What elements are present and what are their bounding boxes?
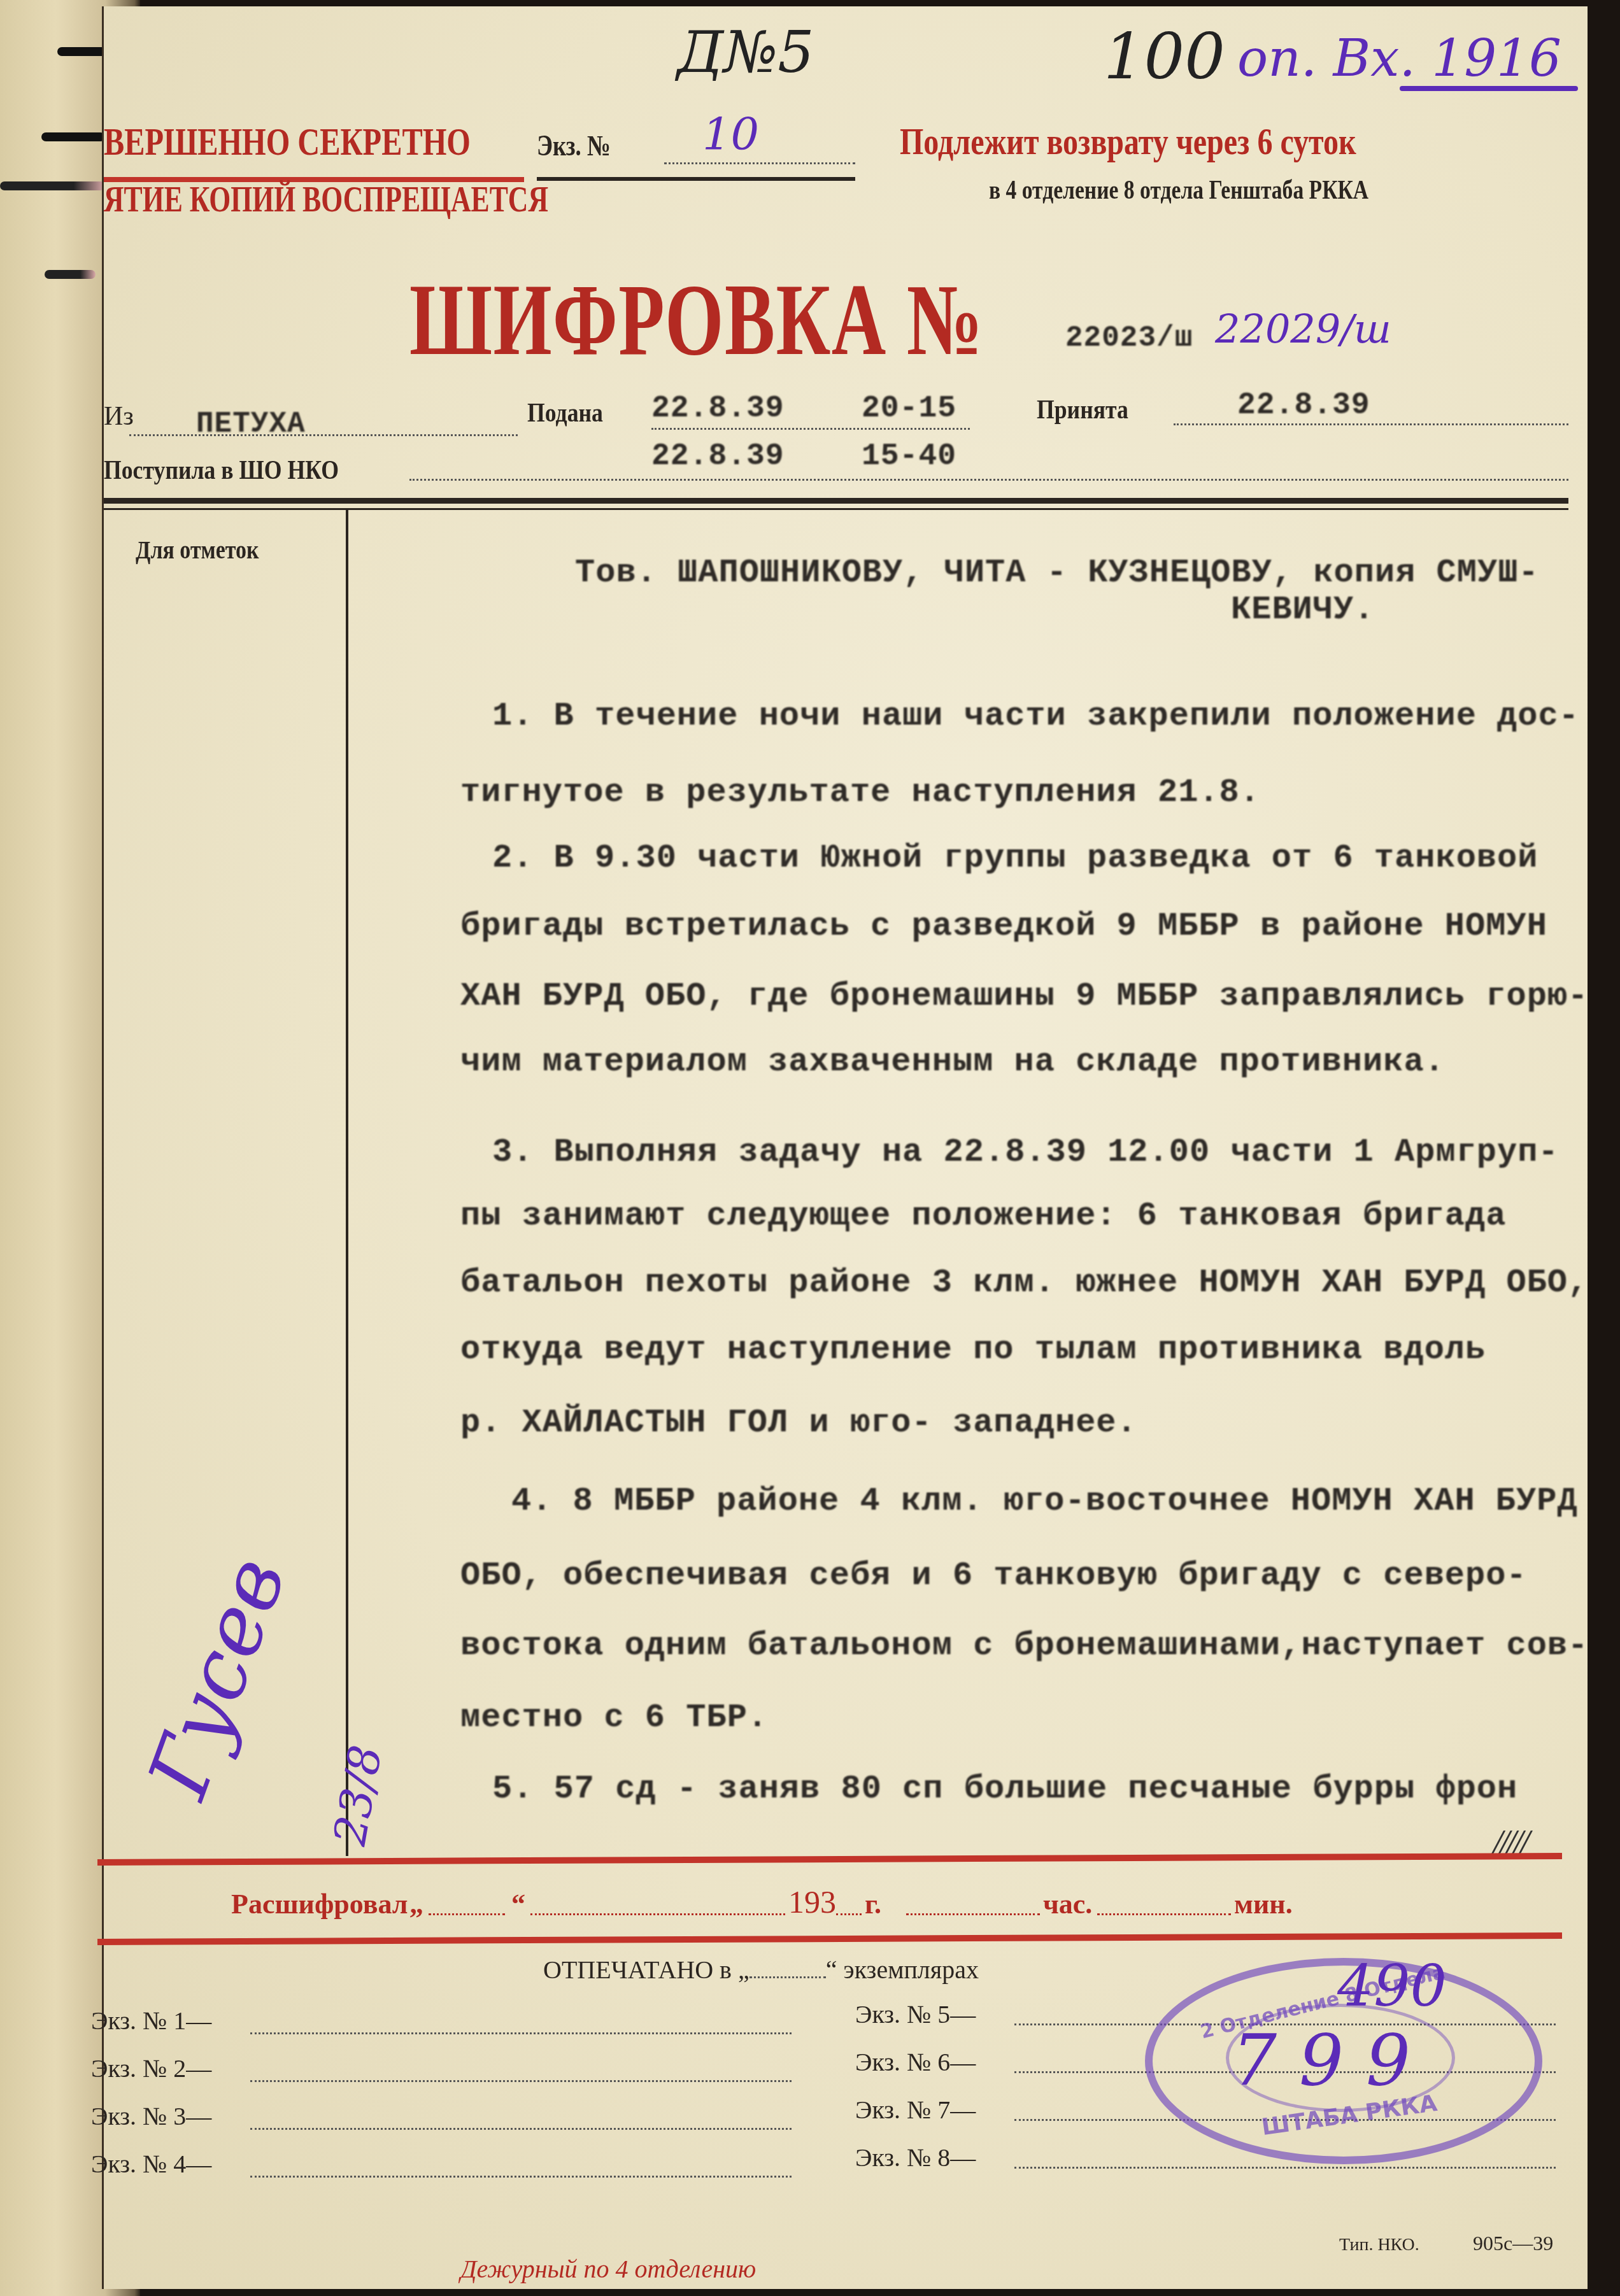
accepted-label: Принята [1037, 395, 1144, 425]
duty-officer-label: Дежурный по 4 отделению [460, 2254, 756, 2284]
accepted-date: 22.8.39 [1237, 388, 1370, 423]
copy-entry-5: Экз. № 5— [855, 1999, 976, 2029]
body-line: батальон пехоты районе 3 клм. южнее НОМУ… [460, 1264, 1588, 1301]
decoded-minute-field [1097, 1913, 1231, 1915]
copy-entry-2: Экз. № 2— [91, 2053, 211, 2083]
submitted-time: 20-15 [862, 392, 956, 426]
copy-number-value: 10 [702, 108, 759, 160]
copy-entry-1: Экз. № 1— [91, 2006, 211, 2036]
registry-stamp: 2 Отделение 8 Отдела ШТАБА РККА 490 7 9 … [1145, 1958, 1542, 2164]
received-label: Поступила в ШО НКО [104, 455, 380, 486]
accepted-field [1174, 423, 1568, 425]
cipher-telegram-form: Д№5 100 оп. Вх. 1916 ВЕРШЕННО СЕКРЕТНО Я… [102, 6, 1588, 2289]
stamp-incoming-number: 490 [1337, 1953, 1447, 2020]
decoded-year-suffix: г. [865, 1888, 881, 1920]
decoded-hour-label: час. [1043, 1888, 1092, 1920]
body-line: 4. 8 МББР районе 4 клм. юго-восточнее НО… [511, 1482, 1578, 1520]
decoded-quote-open: „ [409, 1888, 423, 1920]
body-line: ХАН БУРД ОБО, где бронемашины 9 МББР зап… [460, 977, 1588, 1015]
body-line: 1. В течение ночи наши части закрепили п… [492, 697, 1579, 735]
header-divider-thin [104, 508, 1568, 510]
copy-entry-field [250, 2128, 792, 2130]
handwritten-underline [1400, 86, 1578, 91]
body-line: откуда ведут наступление по тылам против… [460, 1331, 1486, 1368]
submitted-date: 22.8.39 [651, 392, 785, 426]
submitted-field [651, 428, 970, 430]
body-line: пы занимают следующее положение: 6 танко… [460, 1197, 1506, 1235]
body-line: ОБО, обеспечивая себя и 6 танковую брига… [460, 1557, 1527, 1594]
handwritten-sheet-number: 100 [1104, 19, 1225, 94]
received-field [409, 479, 1568, 481]
copy-entry-3: Экз. № 3— [91, 2101, 211, 2131]
body-line: р. ХАЙЛАСТЫН ГОЛ и юго- западнее. [460, 1404, 1137, 1442]
decoded-by-label: Расшифровал [231, 1888, 408, 1920]
decoded-top-rule [97, 1853, 1562, 1866]
copy-entry-7: Экз. № 7— [855, 2095, 976, 2125]
binder-ring [45, 270, 96, 279]
copy-entry-6: Экз. № 6— [855, 2047, 976, 2077]
body-line: тигнутое в результате наступления 21.8. [460, 774, 1260, 811]
copy-entry-field [1014, 2167, 1556, 2169]
form-number: 905с—39 [1473, 2232, 1553, 2255]
copy-entry-4: Экз. № 4— [91, 2149, 211, 2179]
copy-number-rule [537, 177, 855, 181]
copy-number-field [664, 162, 855, 164]
decoder-signature: Гусев [129, 1545, 304, 1810]
decoded-day-field [429, 1913, 505, 1915]
cipher-number-handwritten: 22029/ш [1215, 306, 1391, 352]
decoded-minute-label: мин. [1234, 1888, 1293, 1920]
copy-number-label: Экз. № [537, 129, 629, 162]
printer-label: Тип. НКО. [1339, 2235, 1419, 2255]
body-line: местно с 6 ТБР. [460, 1699, 768, 1736]
copy-entry-8: Экз. № 8— [855, 2143, 976, 2172]
from-label: Из [104, 401, 134, 432]
copy-entry-field [250, 2032, 792, 2034]
body-line: 2. В 9.30 части Южной группы разведка от… [492, 839, 1538, 877]
submitted-label: Подана [527, 398, 616, 429]
header-divider [104, 498, 1568, 504]
handwritten-archive-mark: оп. Вх. 1916 [1237, 29, 1561, 88]
received-date: 22.8.39 [651, 439, 785, 474]
body-line: 3. Выполняя задачу на 22.8.39 12.00 част… [492, 1133, 1559, 1171]
received-time: 15-40 [862, 439, 956, 474]
body-line: 5. 57 сд - заняв 80 сп большие песчаные … [492, 1770, 1517, 1808]
handwritten-file-number: Д№5 [677, 19, 814, 86]
address-line: КЕВИЧУ. [1231, 591, 1374, 628]
copying-prohibited-label: ЯТИЕ КОПИЙ ВОСПРЕЩАЕТСЯ [104, 180, 674, 220]
stamp-date: 7 9 9 [1232, 2020, 1410, 2101]
cipher-number-typed: 22023/ш [1065, 322, 1193, 355]
secrecy-label: ВЕРШЕННО СЕКРЕТНО [104, 120, 574, 165]
margin-column-rule [346, 509, 348, 1856]
return-destination: в 4 отделение 8 отдела Генштаба РККА [989, 175, 1463, 206]
decoded-hour-field [906, 1913, 1040, 1915]
printed-copies-label: ОТПЕЧАТАНО в „“ экземплярах [543, 1955, 979, 1985]
address-line: Тов. ШАПОШНИКОВУ, ЧИТА - КУЗНЕЦОВУ, копи… [575, 554, 1539, 592]
decoded-year-field [836, 1913, 862, 1915]
decoded-bottom-rule [97, 1932, 1562, 1945]
notes-margin-label: Для отметок [136, 535, 281, 565]
decoded-quote-close: “ [511, 1888, 525, 1920]
binder-ring [41, 132, 105, 141]
body-line: востока одним батальоном с бронемашинами… [460, 1627, 1588, 1664]
copy-entry-field [250, 2176, 792, 2178]
document-title: ШИФРОВКА № [409, 261, 1185, 379]
from-field [129, 434, 518, 436]
copy-entry-field [250, 2080, 792, 2082]
body-line: чим материалом захваченным на складе про… [460, 1043, 1445, 1081]
decoded-month-field [530, 1913, 785, 1915]
binder-ring [0, 181, 105, 190]
return-notice: Подлежит возврату через 6 суток [900, 120, 1470, 164]
body-line: бригады встретилась с разведкой 9 МББР в… [460, 907, 1547, 945]
decoder-signature-date: 23/8 [323, 1741, 392, 1849]
decoded-year: 193 [788, 1883, 836, 1920]
